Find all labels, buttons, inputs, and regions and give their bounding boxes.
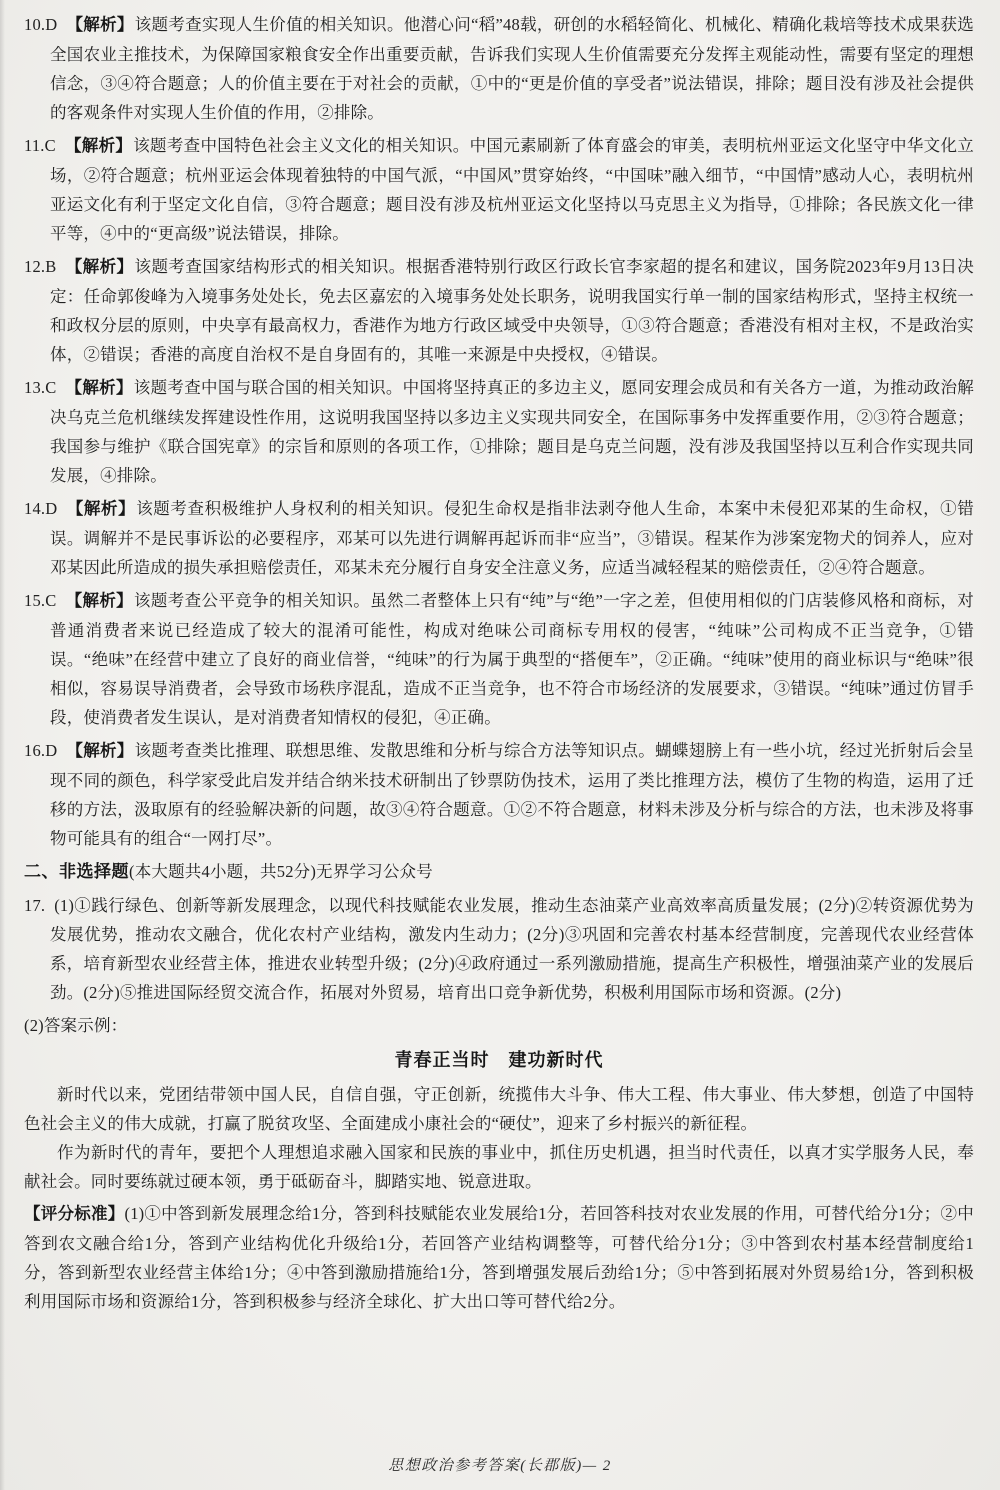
answer-item-10: 10.D【解析】该题考查实现人生价值的相关知识。他潜心问“稻”48载，研创的水稻… [24,10,974,127]
item-explanation: 该题考查实现人生价值的相关知识。他潜心问“稻”48载，研创的水稻轻简化、机械化、… [50,15,974,122]
item-explanation: 该题考查公平竞争的相关知识。虽然二者整体上只有“纯”与“绝”一字之差，但使用相似… [50,591,974,727]
section-2-note: (本大题共4小题，共52分) [129,862,316,881]
analysis-label: 【解析】 [66,500,135,518]
item-number: 15.C [24,591,56,610]
section-2-heading: 二、非选择题(本大题共4小题，共52分)无界学习公众号 [24,857,974,886]
analysis-label: 【解析】 [65,137,132,155]
item-number: 12.B [24,257,56,276]
item-explanation: 该题考查中国特色社会主义文化的相关知识。中国元素刷新了体育盛会的审美，表明杭州亚… [50,136,974,243]
analysis-label: 【解析】 [66,742,133,760]
item-explanation: 该题考查国家结构形式的相关知识。根据香港特别行政区行政长官李家超的提名和建议，国… [50,257,974,364]
item-explanation: 该题考查积极维护人身权利的相关知识。侵犯生命权是指非法剥夺他人生命，本案中未侵犯… [50,499,974,577]
scoring-label: 【评分标准】 [24,1205,125,1223]
essay-paragraph: 新时代以来，党团结带领中国人民，自信自强，守正创新，统揽伟大斗争、伟大工程、伟大… [24,1080,974,1138]
essay-paragraph: 作为新时代的青年，要把个人理想追求融入国家和民族的事业中，抓住历史机遇，担当时代… [24,1138,974,1196]
essay-title: 青春正当时 建功新时代 [24,1045,974,1075]
answer-item-14: 14.D【解析】该题考查积极维护人身权利的相关知识。侵犯生命权是指非法剥夺他人生… [24,494,974,582]
answer-item-15: 15.C【解析】该题考查公平竞争的相关知识。虽然二者整体上只有“纯”与“绝”一字… [24,586,974,732]
scoring-criteria: 【评分标准】(1)①中答到新发展理念给1分，答到科技赋能农业发展给1分，若回答科… [24,1199,974,1316]
question-17-part1: 17.(1)①践行绿色、创新等新发展理念，以现代科技赋能农业发展，推动生态油菜产… [24,891,974,1007]
analysis-label: 【解析】 [66,16,133,34]
item-number: 10.D [24,15,57,34]
answer-example-label: (2)答案示例： [24,1011,974,1040]
answer-item-12: 12.B【解析】该题考查国家结构形式的相关知识。根据香港特别行政区行政长官李家超… [24,252,974,369]
item-explanation: 该题考查类比推理、联想思维、发散思维和分析与综合方法等知识点。蝴蝶翅膀上有一些小… [50,741,974,848]
item-number: 11.C [24,136,56,155]
answer-item-13: 13.C【解析】该题考查中国与联合国的相关知识。中国将坚持真正的多边主义，愿同安… [24,373,974,490]
scoring-text: (1)①中答到新发展理念给1分，答到科技赋能农业发展给1分，若回答科技对农业发展… [24,1204,974,1311]
watermark-text: 无界学习公众号 [316,862,433,881]
page-footer: 思想政治参考答案(长郡版)— 2 [0,1454,1000,1475]
answer-item-11: 11.C【解析】该题考查中国特色社会主义文化的相关知识。中国元素刷新了体育盛会的… [24,131,974,248]
question-17-answer: (1)①践行绿色、创新等新发展理念，以现代科技赋能农业发展，推动生态油菜产业高效… [50,896,974,1002]
analysis-label: 【解析】 [65,592,133,610]
answer-key-page: 10.D【解析】该题考查实现人生价值的相关知识。他潜心问“稻”48载，研创的水稻… [0,0,1000,1490]
answer-item-16: 16.D【解析】该题考查类比推理、联想思维、发散思维和分析与综合方法等知识点。蝴… [24,736,974,853]
item-number: 14.D [24,499,57,518]
item-number: 16.D [24,741,57,760]
analysis-label: 【解析】 [65,379,132,397]
item-number: 17. [24,896,45,915]
item-explanation: 该题考查中国与联合国的相关知识。中国将坚持真正的多边主义，愿同安理会成员和有关各… [50,378,974,485]
item-number: 13.C [24,378,56,397]
analysis-label: 【解析】 [65,258,133,276]
section-2-title: 二、非选择题 [24,862,129,881]
